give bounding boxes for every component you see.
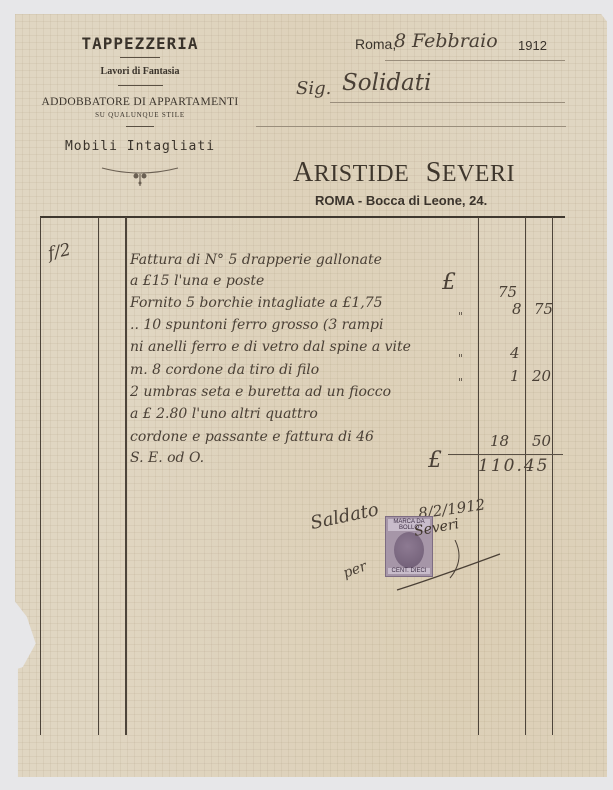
amount-lire: 4	[510, 344, 520, 362]
divider	[126, 126, 154, 127]
address-line-1	[256, 126, 566, 127]
date-month: Febbraio	[412, 30, 498, 52]
ledger-column-line	[40, 217, 41, 735]
line-item: a £ 2.80 l'uno altri quattro	[130, 406, 318, 422]
line-item: Fornito 5 borchie intagliate a £1,75	[130, 295, 383, 311]
amount-lire: 1	[510, 367, 520, 385]
line-item: 2 umbras seta e buretta ad un fiocco	[130, 384, 391, 400]
ledger-column-line	[98, 217, 99, 735]
ledger-column-line	[525, 217, 526, 735]
signature-flourish-icon	[395, 540, 505, 600]
letterhead-specialty: Mobili Intagliati	[40, 139, 240, 154]
amount-cent: 20	[532, 367, 551, 385]
date-year: 1912	[518, 38, 547, 53]
pound-symbol: £	[442, 270, 456, 295]
company-name: ARISTIDE SEVERI	[293, 157, 515, 189]
line-item: m. 8 cordone da tiro di filo	[130, 362, 319, 378]
divider	[120, 57, 160, 58]
letterhead-service: ADDOBBATORE DI APPARTAMENTI	[40, 96, 240, 108]
total-rule	[448, 454, 563, 455]
ditto-mark: "	[458, 352, 463, 365]
ledger-header-rule	[40, 216, 565, 218]
total-amount: 110.45	[478, 456, 549, 476]
recipient-name: Solidati	[342, 70, 431, 96]
ditto-mark: "	[458, 310, 463, 323]
pound-symbol-total: £	[428, 448, 442, 473]
amount-cent: 50	[532, 432, 551, 450]
divider	[118, 85, 163, 86]
amount-lire: 8	[512, 300, 522, 318]
letterhead-title: TAPPEZZERIA	[40, 34, 240, 53]
ledger-column-line	[125, 217, 127, 735]
ornament-icon	[100, 164, 180, 188]
company-address: ROMA - Bocca di Leone, 24.	[315, 193, 487, 208]
recipient-prefix: Sig.	[296, 78, 331, 99]
ledger-column-line	[478, 217, 479, 735]
line-item: a £15 l'una e poste	[130, 273, 264, 289]
recipient-underline	[330, 102, 565, 103]
amount-cent: 75	[534, 300, 553, 318]
letterhead-subtitle: Lavori di Fantasia	[40, 66, 240, 77]
ditto-mark: "	[458, 376, 463, 389]
letterhead-left: TAPPEZZERIA Lavori di Fantasia ADDOBBATO…	[40, 30, 240, 192]
line-item: .. 10 spuntoni ferro grosso (3 rampi	[130, 317, 383, 333]
ledger-column-line	[552, 217, 553, 735]
line-item: Fattura di N° 5 drapperie gallonate	[130, 252, 382, 268]
letterhead-service-note: SU QUALUNQUE STILE	[40, 111, 240, 119]
amount-lire: 75	[498, 283, 517, 301]
date-underline	[385, 60, 565, 61]
amount-lire: 18	[490, 432, 509, 450]
date-day: 8	[394, 30, 406, 52]
line-item: ni anelli ferro e di vetro dal spine a v…	[130, 339, 411, 355]
date-city-label: Roma,	[355, 36, 396, 52]
line-item: S. E. od O.	[130, 450, 204, 466]
line-item: cordone e passante e fattura di 46	[130, 429, 374, 445]
